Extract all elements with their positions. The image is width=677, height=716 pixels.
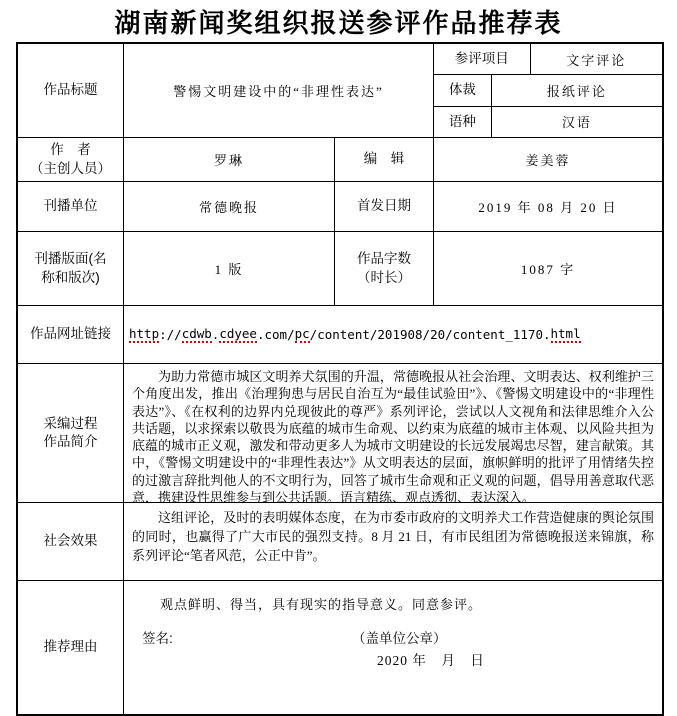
subrow-language: 语种 汉语 — [434, 106, 662, 137]
url-segment: pc — [295, 326, 310, 343]
row-social-effect: 社会效果 这组评论，及时的表明媒体态度，在为市委市政府的文明养犬工作营造健康的舆… — [18, 502, 662, 580]
editor-value: 姜美蓉 — [433, 138, 662, 181]
url-segment: /content/201908/20/content_1170. — [310, 327, 551, 342]
url-label: 作品网址链接 — [18, 306, 123, 363]
url-text[interactable]: http://cdwb.cdyee.com/pc/content/201908/… — [123, 306, 662, 363]
language-label: 语种 — [434, 107, 491, 137]
author-label: 作 者 （主创人员） — [18, 138, 123, 181]
row-author-editor: 作 者 （主创人员） 罗琳 编 辑 姜美蓉 — [18, 137, 662, 181]
author-value: 罗琳 — [123, 138, 334, 181]
social-effect-cell: 这组评论，及时的表明媒体态度，在为市委市政府的文明养犬工作营造健康的舆论氛围的同… — [123, 503, 662, 580]
social-effect-text: 这组评论，及时的表明媒体态度，在为市委市政府的文明养犬工作营造健康的舆论氛围的同… — [132, 508, 654, 565]
genre-value: 报纸评论 — [491, 75, 662, 105]
seal-note: （盖单位公章） — [352, 627, 447, 647]
subrow-genre: 体裁 报纸评论 — [434, 74, 662, 105]
page-title: 湖南新闻奖组织报送参评作品推荐表 — [0, 3, 677, 40]
date-line: 2020 年 月 日 — [377, 649, 485, 669]
entry-item-label: 参评项目 — [434, 44, 530, 74]
word-count-label: 作品字数 （时长） — [334, 232, 433, 305]
signature-label: 签名: — [142, 627, 173, 647]
url-segment: cdyee — [219, 326, 257, 343]
entry-info-subtable: 参评项目 文字评论 体裁 报纸评论 语种 汉语 — [433, 44, 662, 137]
work-title-value: 警惕文明建设中的“非理性表达” — [123, 44, 433, 137]
form-table: 作品标题 警惕文明建设中的“非理性表达” 参评项目 文字评论 体裁 报纸评论 语… — [16, 42, 664, 716]
process-intro-text: 为助力常德市城区文明养犬氛围的升温，常德晚报从社会治理、文明表达、权利维护三个角… — [132, 368, 654, 502]
genre-label: 体裁 — [434, 75, 491, 105]
publish-unit-label: 刊播单位 — [18, 182, 123, 231]
url-segment: .com/ — [257, 327, 295, 342]
url-segment: :// — [159, 327, 182, 342]
first-date-value: 2019 年 08 月 20 日 — [433, 182, 662, 231]
entry-item-value: 文字评论 — [530, 44, 662, 74]
recommendation-cell: 观点鲜明、得当，具有现实的指导意义。同意参评。 签名: （盖单位公章） 2020… — [123, 581, 662, 714]
process-label: 采编过程 作品简介 — [18, 364, 123, 502]
url-segment: cdwb — [182, 326, 212, 343]
editor-label: 编 辑 — [334, 138, 433, 181]
url-segment: http — [129, 326, 159, 343]
recommendation-comment: 观点鲜明、得当，具有现实的指导意义。同意参评。 — [124, 581, 662, 613]
document-page: 湖南新闻奖组织报送参评作品推荐表 作品标题 警惕文明建设中的“非理性表达” 参评… — [0, 0, 677, 716]
page-label: 刊播版面(名 称和版次) — [18, 232, 123, 305]
social-label: 社会效果 — [18, 503, 123, 580]
word-count-value: 1087 字 — [433, 232, 662, 305]
url-segment: html — [551, 326, 581, 343]
row-work-title: 作品标题 警惕文明建设中的“非理性表达” 参评项目 文字评论 体裁 报纸评论 语… — [18, 44, 662, 137]
row-publish-date: 刊播单位 常德晚报 首发日期 2019 年 08 月 20 日 — [18, 181, 662, 231]
url-segment: . — [212, 327, 220, 342]
work-title-label: 作品标题 — [18, 44, 123, 137]
row-url: 作品网址链接 http://cdwb.cdyee.com/pc/content/… — [18, 305, 662, 363]
process-intro-cell: 为助力常德市城区文明养犬氛围的升温，常德晚报从社会治理、文明表达、权利维护三个角… — [123, 364, 662, 502]
language-value: 汉语 — [491, 107, 662, 137]
page-value: 1 版 — [123, 232, 334, 305]
row-recommendation: 推荐理由 观点鲜明、得当，具有现实的指导意义。同意参评。 签名: （盖单位公章）… — [18, 580, 662, 714]
row-process-intro: 采编过程 作品简介 为助力常德市城区文明养犬氛围的升温，常德晚报从社会治理、文明… — [18, 363, 662, 502]
recommend-label: 推荐理由 — [18, 581, 123, 714]
publish-unit-value: 常德晚报 — [123, 182, 334, 231]
subrow-entry-item: 参评项目 文字评论 — [434, 44, 662, 74]
first-date-label: 首发日期 — [334, 182, 433, 231]
row-page-wordcount: 刊播版面(名 称和版次) 1 版 作品字数 （时长） 1087 字 — [18, 231, 662, 305]
